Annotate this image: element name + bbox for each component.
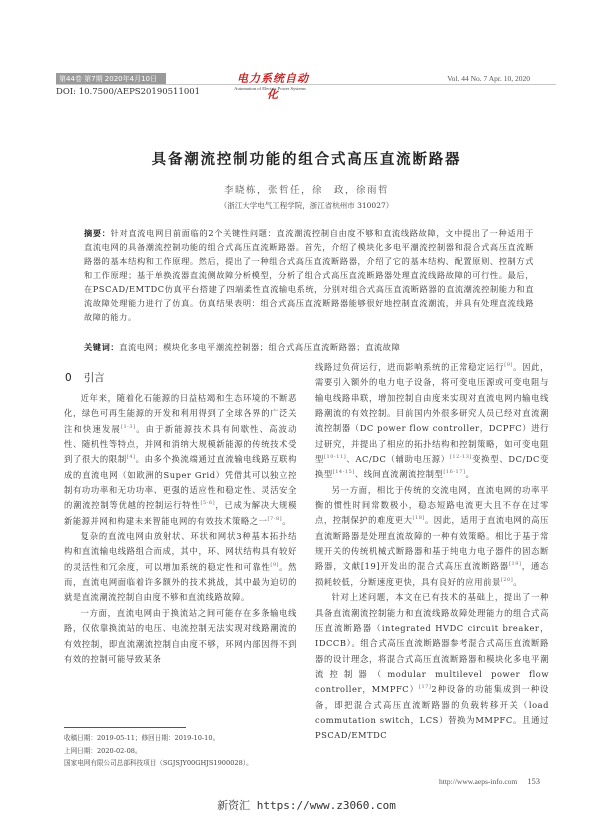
keywords-label: 关键词： xyxy=(84,342,119,352)
citation: [12-13] xyxy=(450,454,472,460)
affiliation: （浙江大学电气工程学院，浙江省杭州市 310027） xyxy=(0,200,613,211)
citation: [1-3] xyxy=(121,424,136,430)
abstract: 摘要：针对直流电网目前面临的2个关键性问题：直流潮流控制自由度不够和直流线路故障… xyxy=(84,226,534,324)
abstract-text: 针对直流电网目前面临的2个关键性问题：直流潮流控制自由度不够和直流线路故障，文中… xyxy=(84,228,534,322)
funding-note: 国家电网有限公司总部科技项目（SGJSJY00GHJS1900028）。 xyxy=(64,757,253,770)
citation: [18] xyxy=(412,515,424,521)
text: 。因此，需要引入额外的电力电子设备，将可变电压源或可变电阻与输电线路串联，增加控… xyxy=(315,362,549,464)
citation: [17] xyxy=(419,684,431,690)
citation: [14-15] xyxy=(333,469,355,475)
watermark: 新资汇 https://www.z3060.com xyxy=(0,797,613,813)
text: 。 xyxy=(282,516,291,526)
journal-name-en: Automation of Electric Power Systems xyxy=(220,86,320,91)
citation: [20] xyxy=(501,577,513,583)
citation: [4] xyxy=(127,454,136,460)
section-heading: 0引言 xyxy=(65,370,105,385)
text: 复杂的直流电网由放射状、环状和网状3种基本拓扑结构和直流输电线路组合而成，其中，… xyxy=(64,531,297,572)
citation: [9] xyxy=(270,562,279,568)
paragraph: 另一方面，相比于传统的交流电网，直流电网的功率平衡的惯性时间常数极小，稳态短路电… xyxy=(315,483,549,590)
text: 、AC/DC（辅助电压源） xyxy=(346,454,450,464)
citation: [10-11] xyxy=(324,454,346,460)
section-title: 引言 xyxy=(84,372,105,384)
text: 线路过负荷运行，进而影响系统的正常稳定运行 xyxy=(315,362,504,372)
text: 。 xyxy=(513,577,522,587)
keywords-text: 直流电网；模块化多电平潮流控制器；组合式高压直流断路器；直流故障 xyxy=(119,342,400,352)
citation: [9] xyxy=(504,362,513,368)
footnotes: 收稿日期：2019-05-11；修回日期：2019-10-10。 上网日期：20… xyxy=(64,732,253,770)
citation: [7-8] xyxy=(267,516,282,522)
text: 、线间直流潮流控制型 xyxy=(355,469,443,479)
footnote-divider xyxy=(64,727,186,728)
paragraph: 一方面，直流电网由于换流站之间可能存在多条输电线路，仅依靠换流站的电压、电流控制… xyxy=(64,606,297,667)
journal-url[interactable]: http://www.aeps-info.com xyxy=(439,777,517,786)
text: 。 xyxy=(466,469,475,479)
citation: [19] xyxy=(509,561,521,567)
body-column-left: 近年来，随着化石能源的日益枯竭和生态环境的不断恶化，绿色可再生能源的开发和利用得… xyxy=(64,391,297,667)
doi-label: DOI: 10.7500/AEPS20190511001 xyxy=(56,87,200,97)
page-number: 153 xyxy=(527,776,540,786)
citation: [5-6] xyxy=(200,500,215,506)
paragraph: 近年来，随着化石能源的日益枯竭和生态环境的不断恶化，绿色可再生能源的开发和利用得… xyxy=(64,391,297,529)
received-date: 收稿日期：2019-05-11；修回日期：2019-10-10。 xyxy=(64,732,253,745)
section-number: 0 xyxy=(65,372,72,384)
paragraph: 针对上述问题，本文在已有技术的基础上，提出了一种具备直流潮流控制能力和直流线路故… xyxy=(315,590,549,743)
paragraph: 线路过负荷运行，进而影响系统的正常稳定运行[9]。因此，需要引入额外的电力电子设… xyxy=(315,360,549,483)
volume-info: Vol. 44 No. 7 Apr. 10, 2020 xyxy=(447,74,530,83)
abstract-label: 摘要： xyxy=(84,228,111,238)
page-footer: http://www.aeps-info.com153 xyxy=(439,776,540,786)
citation: [16-17] xyxy=(443,469,465,475)
online-date: 上网日期：2020-02-08。 xyxy=(64,745,253,758)
paper-title: 具备潮流控制功能的组合式高压直流断路器 xyxy=(0,148,613,169)
body-column-right: 线路过负荷运行，进而影响系统的正常稳定运行[9]。因此，需要引入额外的电力电子设… xyxy=(315,360,549,744)
author-list: 李晓栋，张哲任，徐 政，徐雨哲 xyxy=(0,182,613,196)
keywords: 关键词：直流电网；模块化多电平潮流控制器；组合式高压直流断路器；直流故障 xyxy=(84,342,544,353)
text: 针对上述问题，本文在已有技术的基础上，提出了一种具备直流潮流控制能力和直流线路故… xyxy=(315,592,549,694)
paragraph: 复杂的直流电网由放射状、环状和网状3种基本拓扑结构和直流输电线路组合而成，其中，… xyxy=(64,529,297,606)
